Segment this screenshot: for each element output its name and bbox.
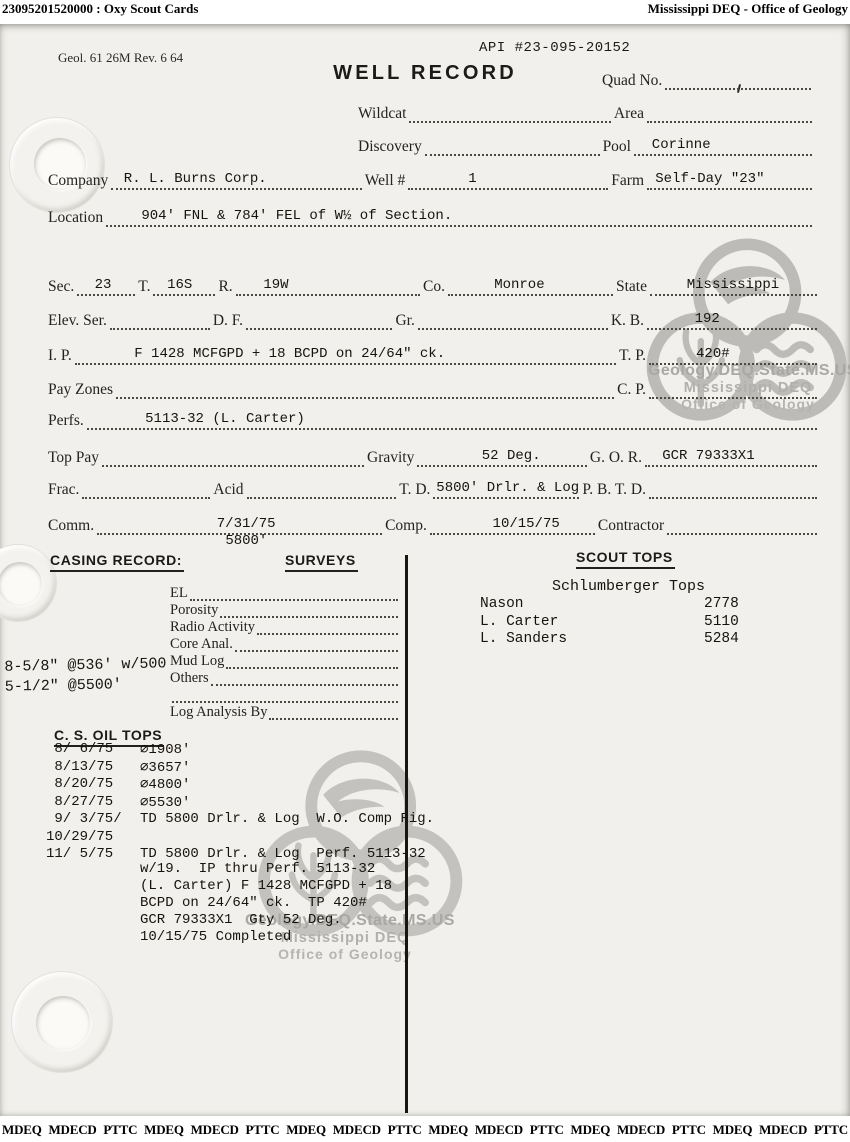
oil-tops-continuation: w/19. IP thru Perf. 5113-32(L. Carter) F… <box>140 861 392 946</box>
field-label-comm: Comm. <box>48 518 94 536</box>
field-value-gor: GCR 79333X1 <box>662 448 754 464</box>
formation-depth: 5110 <box>704 614 742 632</box>
footer-token: MDEQ <box>144 1122 184 1138</box>
field-label-elev-ser: Elev. Ser. <box>48 313 107 331</box>
field-label-quad-no: Quad No. <box>602 73 662 91</box>
form-content: Geol. 61 26M Rev. 6 64 API #23-095-20152… <box>0 0 850 1142</box>
formation-name: L. Carter <box>480 614 704 632</box>
field-row-quad-no: Quad No. <box>602 68 814 90</box>
field-value-comm-depth: 5800' <box>225 533 267 549</box>
scan-footer-bar: MDEQMDECDPTTCMDEQMDECDPTTCMDEQMDECDPTTCM… <box>0 1116 850 1142</box>
footer-token: MDECD <box>191 1122 239 1138</box>
formation-name: L. Sanders <box>480 631 704 649</box>
surveys-header: SURVEYS <box>285 552 358 572</box>
continuation-line: 10/15/75 Completed <box>140 929 392 946</box>
field-label-kb: K. B. <box>611 313 644 331</box>
continuation-line: BCPD on 24/64" ck. TP 420# <box>140 895 392 912</box>
footer-token: PTTC <box>672 1122 706 1138</box>
survey-row: EL <box>170 584 398 601</box>
field-row-perfs: Perfs. 5113-32 (L. Carter) <box>48 408 820 430</box>
field-row-toppay-gravity-gor: Top Pay Gravity 52 Deg. G. O. R. GCR 793… <box>48 445 820 467</box>
dotted-line <box>190 583 398 601</box>
field-label-comp: Comp. <box>385 518 427 536</box>
field-value-gravity: 52 Deg. <box>482 448 541 464</box>
scout-tops-header: SCOUT TOPS <box>576 549 675 569</box>
dotted-line <box>246 307 392 330</box>
field-label-area: Area <box>614 106 644 124</box>
continuation-line: w/19. IP thru Perf. 5113-32 <box>140 861 392 878</box>
footer-token: MDEQ <box>713 1122 753 1138</box>
dotted-line: 23 <box>77 273 135 296</box>
field-label-top-pay: Top Pay <box>48 450 99 468</box>
scan-header-bar: 23095201520000 : Oxy Scout Cards Mississ… <box>0 0 850 24</box>
field-row-sec-twp-rng: Sec. 23 T. 16S R. 19W Co. Monroe State M… <box>48 274 820 296</box>
entry-date: 8/27/75 <box>46 794 140 812</box>
field-label-wildcat: Wildcat <box>358 106 406 124</box>
section-divider-line <box>405 555 408 1113</box>
field-label-gor: G. O. R. <box>590 450 642 468</box>
oil-tops-list: 8/ 6/75 ∅1908' 8/13/75 ∅3657' 8/20/75 ∅4… <box>46 741 434 864</box>
surveys-list: EL Porosity Radio Activity Core Anal. <box>170 584 398 720</box>
dotted-line: 1 <box>408 167 608 190</box>
field-value-comm: 7/31/75 <box>217 516 276 532</box>
field-label-location: Location <box>48 210 103 228</box>
field-label-gr: Gr. <box>395 313 414 331</box>
scout-tops-table: Nason 2778 L. Carter 5110 L. Sanders 528… <box>480 596 742 649</box>
field-row-location: Location 904' FNL & 784' FEL of W½ of Se… <box>48 205 815 227</box>
field-value-perfs: 5113-32 (L. Carter) <box>145 411 305 427</box>
survey-label: Mud Log <box>170 654 224 670</box>
entry-date: 10/29/75 <box>46 829 140 847</box>
continuation-line: GCR 79333X1 Gty 52 Deg. <box>140 912 392 929</box>
field-value-location: 904' FNL & 784' FEL of W½ of Section. <box>141 208 452 224</box>
field-label-pay-zones: Pay Zones <box>48 382 113 400</box>
field-label-farm: Farm <box>611 173 644 191</box>
field-label-state: State <box>616 279 647 297</box>
field-label-gravity: Gravity <box>367 450 414 468</box>
dotted-line <box>220 600 398 618</box>
field-value-td: 5800' Drlr. & Log <box>436 480 579 496</box>
dotted-line <box>649 476 817 499</box>
field-value-township: 16S <box>167 277 192 293</box>
field-row-discovery-pool: Discovery Pool Corinne <box>358 134 815 156</box>
document-id: 23095201520000 : Oxy Scout Cards <box>2 1 198 17</box>
survey-label: Core Anal. <box>170 637 233 653</box>
dotted-line <box>667 512 817 535</box>
field-label-range: R. <box>218 279 232 297</box>
survey-row <box>170 686 398 703</box>
field-row-payzones-cp: Pay Zones C. P. <box>48 377 820 399</box>
footer-token: MDECD <box>759 1122 807 1138</box>
entry-text: ∅4800' <box>140 776 190 794</box>
dotted-line <box>647 100 812 123</box>
field-row-company-well-farm: Company R. L. Burns Corp. Well # 1 Farm … <box>48 168 815 190</box>
scout-top-row: L. Carter 5110 <box>480 614 742 632</box>
dotted-line: 19W <box>236 273 420 296</box>
oil-top-entry: 10/29/75 <box>46 829 434 847</box>
field-label-cp: C. P. <box>617 382 646 400</box>
dotted-line <box>247 476 397 499</box>
dotted-line: 192 <box>647 307 817 330</box>
casing-record-lines: 8-5/8" @536' w/5005-1/2" @5500' <box>3 594 167 697</box>
field-label-tp: T. P. <box>619 348 646 366</box>
api-number: API #23-095-20152 <box>479 40 630 56</box>
casing-line: 8-5/8" @536' w/500 <box>4 654 166 677</box>
field-label-county: Co. <box>423 279 445 297</box>
field-value-state: Mississippi <box>687 277 779 293</box>
footer-token: MDECD <box>617 1122 665 1138</box>
dotted-line: 7/31/75 5800' <box>97 512 382 535</box>
dotted-line: 420# <box>649 342 817 365</box>
field-label-acid: Acid <box>213 482 243 500</box>
footer-token: MDEQ <box>2 1122 42 1138</box>
entry-text: TD 5800 Drlr. & Log W.O. Comp Rig. <box>140 811 434 829</box>
survey-label: Log Analysis By <box>170 705 267 721</box>
field-label-discovery: Discovery <box>358 139 422 157</box>
entry-date: 8/20/75 <box>46 776 140 794</box>
entry-date: 8/13/75 <box>46 759 140 777</box>
footer-token: MDECD <box>333 1122 381 1138</box>
footer-token: MDECD <box>48 1122 96 1138</box>
dotted-line <box>116 376 614 399</box>
dotted-line: 5113-32 (L. Carter) <box>87 407 817 430</box>
field-value-range: 19W <box>263 277 288 293</box>
footer-token: PTTC <box>388 1122 422 1138</box>
footer-token: PTTC <box>530 1122 564 1138</box>
field-label-contractor: Contractor <box>598 518 664 536</box>
oil-top-entry: 8/27/75 ∅5530' <box>46 794 434 812</box>
casing-line: 5-1/2" @5500' <box>5 674 167 697</box>
survey-label: Others <box>170 671 209 687</box>
dotted-line <box>211 668 398 686</box>
field-label-ip: I. P. <box>48 348 72 366</box>
field-label-well-no: Well # <box>365 173 406 191</box>
oil-top-entry: 9/ 3/75/ TD 5800 Drlr. & Log W.O. Comp R… <box>46 811 434 829</box>
survey-row: Log Analysis By <box>170 703 398 720</box>
dotted-line <box>425 133 600 156</box>
field-value-farm: Self-Day "23" <box>655 171 764 187</box>
survey-row: Porosity <box>170 601 398 618</box>
dotted-line <box>226 651 398 669</box>
dotted-line: Monroe <box>448 273 613 296</box>
field-value-ip: F 1428 MCFGPD + 18 BCPD on 24/64" ck. <box>134 346 445 362</box>
field-label-pool: Pool <box>603 139 631 157</box>
entry-text: ∅3657' <box>140 759 190 777</box>
dotted-line: Corinne <box>634 133 812 156</box>
field-label-df: D. F. <box>213 313 243 331</box>
dotted-line <box>649 376 817 399</box>
field-label-perfs: Perfs. <box>48 413 84 431</box>
scanned-document: 23095201520000 : Oxy Scout Cards Mississ… <box>0 0 850 1142</box>
survey-label: Radio Activity <box>170 620 255 636</box>
field-value-pool: Corinne <box>652 137 711 153</box>
formation-depth: 2778 <box>704 596 742 614</box>
field-label-sec: Sec. <box>48 279 74 297</box>
field-row-wildcat-area: Wildcat Area <box>358 101 815 123</box>
field-row-ip-tp: I. P. F 1428 MCFGPD + 18 BCPD on 24/64" … <box>48 343 820 365</box>
field-label-pbtd: P. B. T. D. <box>582 482 646 500</box>
dotted-line: R. L. Burns Corp. <box>111 167 361 190</box>
entry-date: 11/ 5/75 <box>46 846 140 864</box>
footer-token: PTTC <box>246 1122 280 1138</box>
dotted-line <box>82 476 210 499</box>
oil-top-entry: 8/20/75 ∅4800' <box>46 776 434 794</box>
oil-top-entry: 8/ 6/75 ∅1908' <box>46 741 434 759</box>
scout-top-row: Nason 2778 <box>480 596 742 614</box>
survey-row: Core Anal. <box>170 635 398 652</box>
entry-text: ∅1908' <box>140 741 190 759</box>
footer-token: MDEQ <box>571 1122 611 1138</box>
footer-token: MDECD <box>475 1122 523 1138</box>
field-value-county: Monroe <box>494 277 544 293</box>
survey-row: Mud Log <box>170 652 398 669</box>
scout-tops-subtitle: Schlumberger Tops <box>552 578 705 595</box>
field-row-frac-acid-td-pbtd: Frac. Acid T. D. 5800' Drlr. & Log P. B.… <box>48 477 820 499</box>
survey-label: Porosity <box>170 603 218 619</box>
formation-depth: 5284 <box>704 631 742 649</box>
dotted-line: 16S <box>153 273 215 296</box>
dotted-line: Self-Day "23" <box>647 167 812 190</box>
field-value-kb: 192 <box>695 311 720 327</box>
agency-name: Mississippi DEQ - Office of Geology <box>648 1 848 17</box>
formation-name: Nason <box>480 596 704 614</box>
dotted-line: 904' FNL & 784' FEL of W½ of Section. <box>106 204 812 227</box>
dotted-line: 5800' Drlr. & Log <box>433 476 579 499</box>
dotted-line: Mississippi <box>650 273 817 296</box>
casing-record-header: CASING RECORD: <box>50 552 184 572</box>
oil-top-entry: 8/13/75 ∅3657' <box>46 759 434 777</box>
continuation-line: (L. Carter) F 1428 MCFGPD + 18 <box>140 878 392 895</box>
scout-top-row: L. Sanders 5284 <box>480 631 742 649</box>
dotted-line <box>235 634 398 652</box>
entry-date: 8/ 6/75 <box>46 741 140 759</box>
field-label-township: T. <box>138 279 150 297</box>
dotted-line <box>172 685 398 703</box>
dotted-line <box>257 617 398 635</box>
field-value-well-no: 1 <box>468 171 476 187</box>
field-label-frac: Frac. <box>48 482 79 500</box>
footer-token: PTTC <box>103 1122 137 1138</box>
dotted-line: 52 Deg. <box>417 444 587 467</box>
dotted-line <box>102 444 364 467</box>
dotted-line <box>409 100 610 123</box>
footer-token-row: MDEQMDECDPTTCMDEQMDECDPTTCMDEQMDECDPTTCM… <box>2 1122 848 1138</box>
dotted-line <box>110 307 210 330</box>
field-value-sec: 23 <box>95 277 112 293</box>
survey-row: Radio Activity <box>170 618 398 635</box>
field-label-td: T. D. <box>399 482 430 500</box>
footer-token: MDEQ <box>428 1122 468 1138</box>
field-label-company: Company <box>48 173 108 191</box>
field-value-company: R. L. Burns Corp. <box>124 171 267 187</box>
dotted-line: F 1428 MCFGPD + 18 BCPD on 24/64" ck. <box>75 342 616 365</box>
field-row-elevation: Elev. Ser. D. F. Gr. K. B. 192 <box>48 308 820 330</box>
footer-token: PTTC <box>814 1122 848 1138</box>
entry-date: 9/ 3/75/ <box>46 811 140 829</box>
survey-label: EL <box>170 586 188 602</box>
field-value-tp: 420# <box>696 346 730 362</box>
dotted-line: GCR 79333X1 <box>645 444 817 467</box>
dotted-line <box>418 307 608 330</box>
field-row-comm-comp-contractor: Comm. 7/31/75 5800' Comp. 10/15/75 Contr… <box>48 513 820 535</box>
dotted-line <box>269 702 398 720</box>
entry-text: ∅5530' <box>140 794 190 812</box>
dotted-line: 10/15/75 <box>430 512 595 535</box>
survey-row: Others <box>170 669 398 686</box>
footer-token: MDEQ <box>286 1122 326 1138</box>
dotted-line <box>665 67 811 90</box>
field-value-comp: 10/15/75 <box>493 516 560 532</box>
